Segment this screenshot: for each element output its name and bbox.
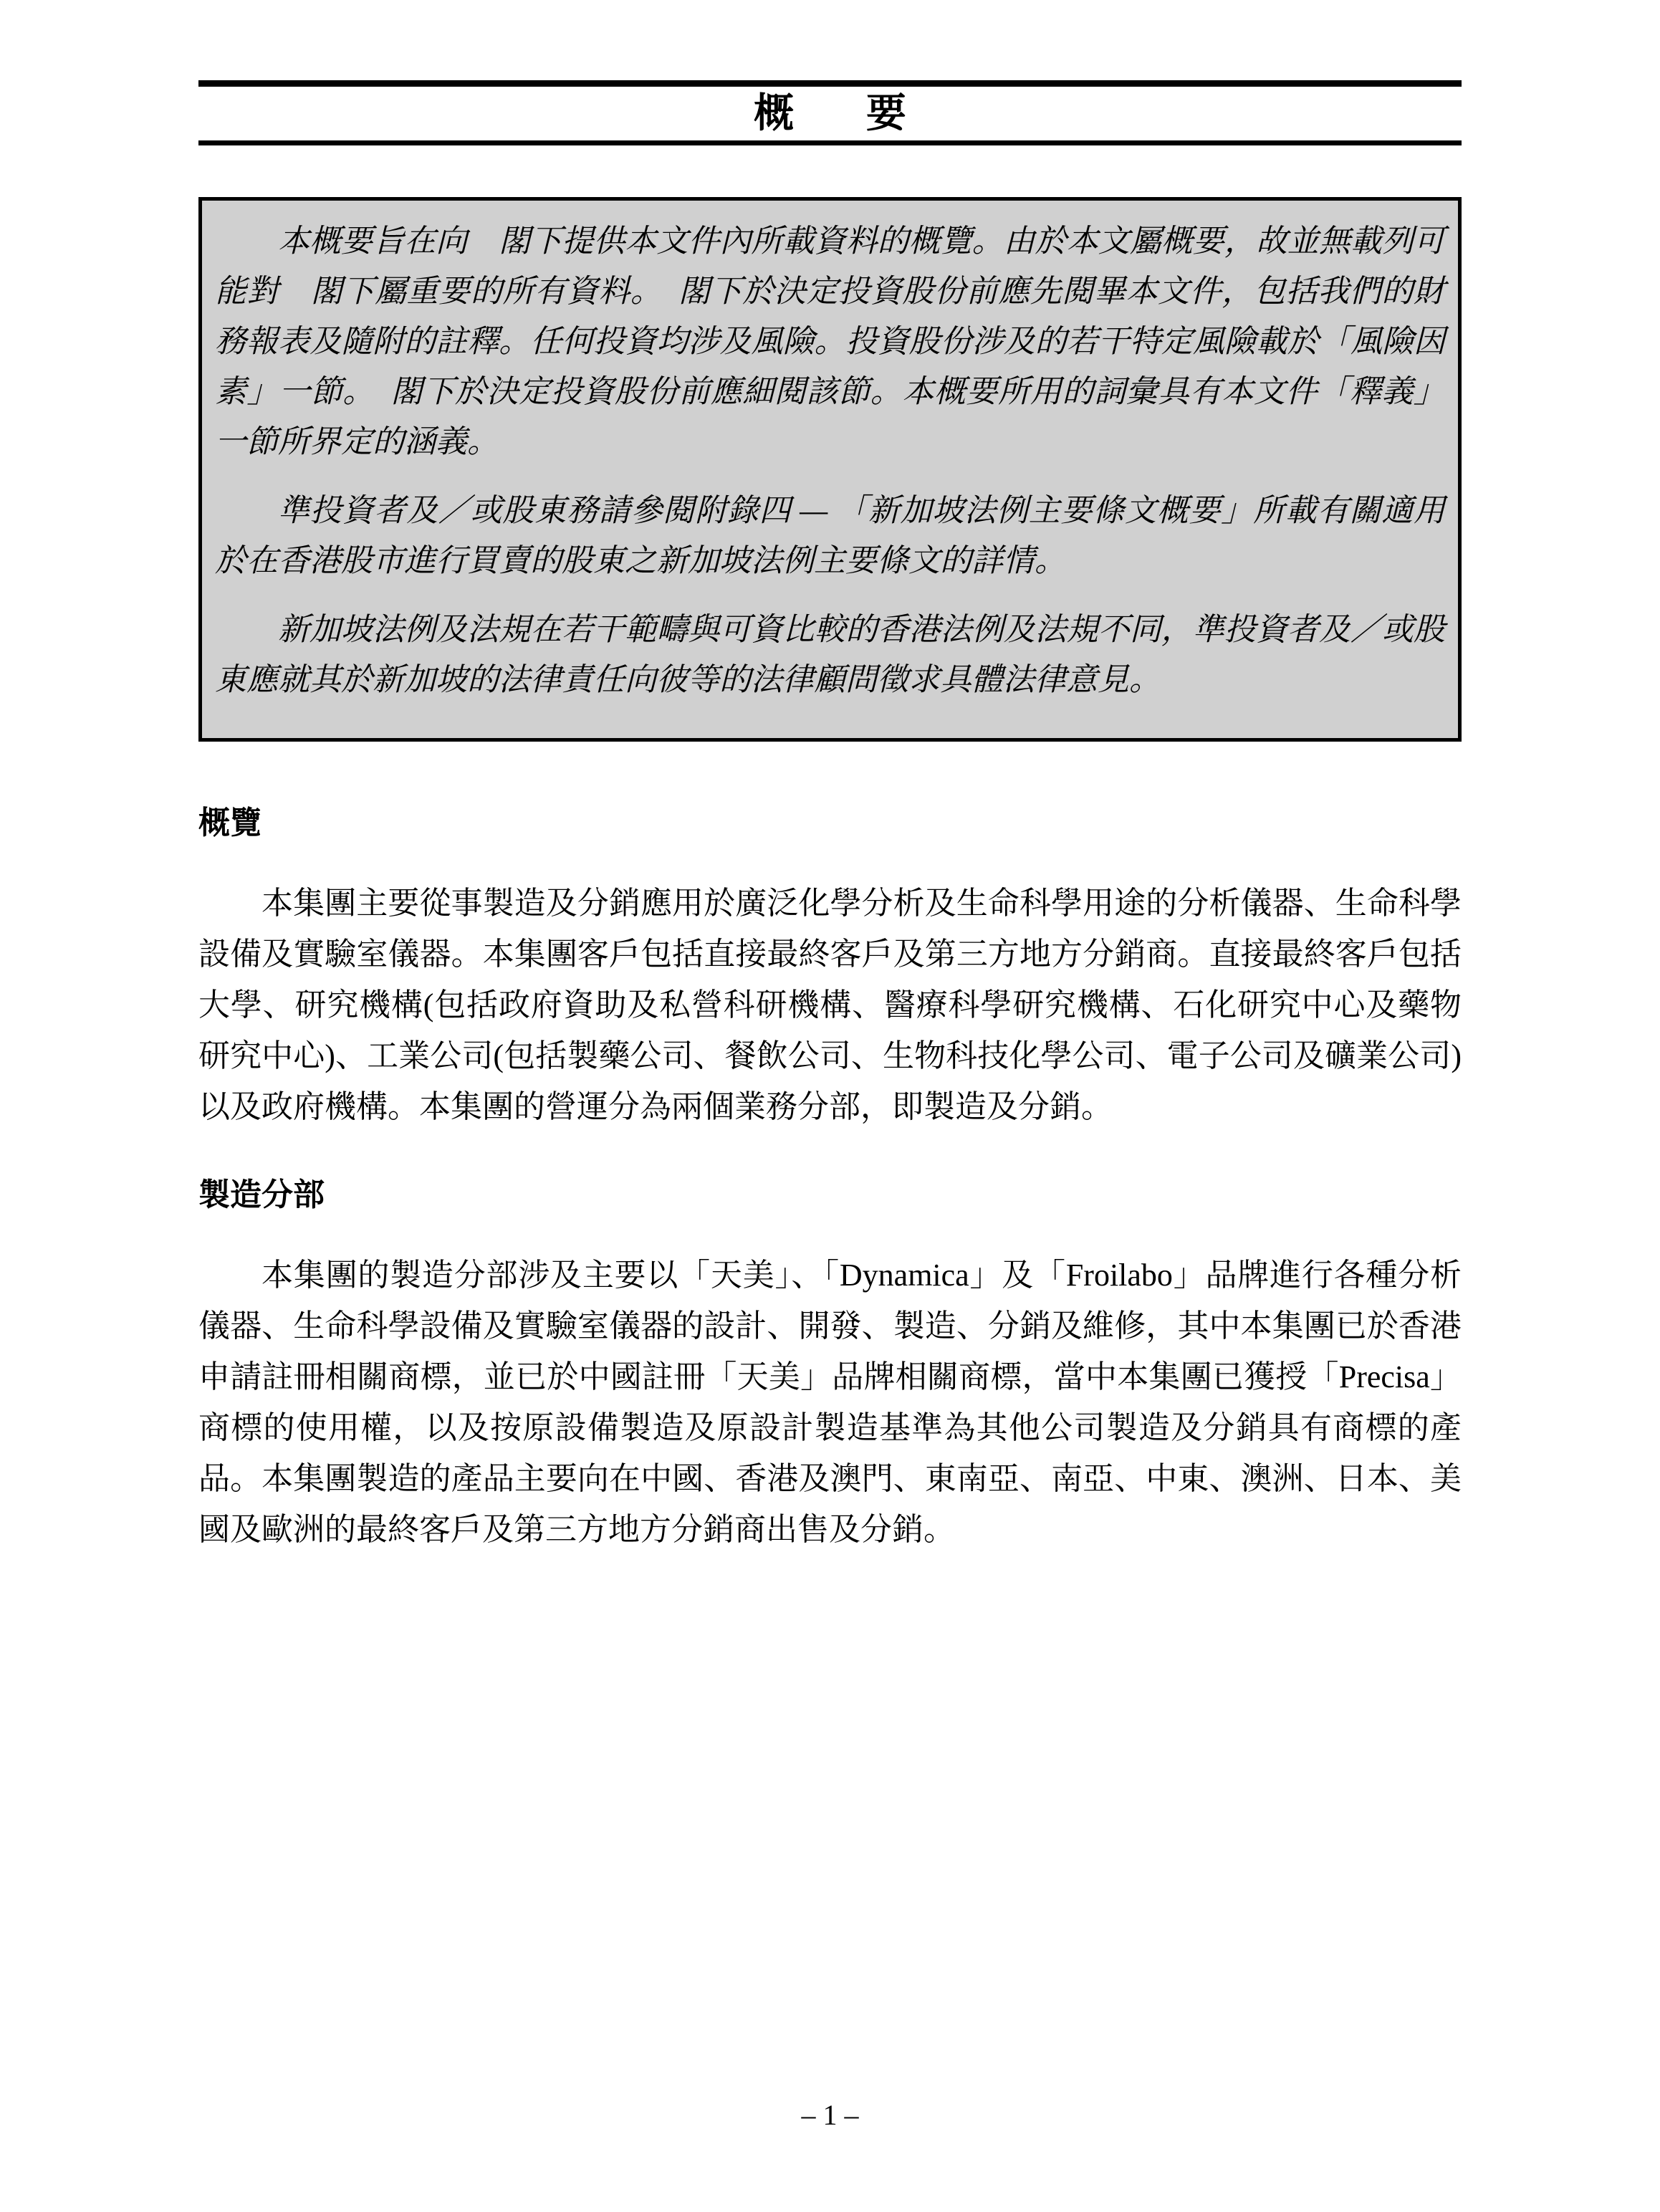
- page-title: 概 要: [198, 87, 1462, 140]
- section-overview: 概覽 本集團主要從事製造及分銷應用於廣泛化學分析及生命科學用途的分析儀器、生命科…: [198, 805, 1462, 1132]
- content-column: 概 要 本概要旨在向 閣下提供本文件內所載資料的概覽。由於本文屬概要，故並無載列…: [198, 0, 1462, 1555]
- notice-paragraph-1: 本概要旨在向 閣下提供本文件內所載資料的概覽。由於本文屬概要，故並無載列可能對 …: [215, 216, 1445, 467]
- header-rule-top: [198, 80, 1462, 87]
- section-heading-manufacturing: 製造分部: [198, 1177, 1462, 1214]
- summary-notice-box: 本概要旨在向 閣下提供本文件內所載資料的概覽。由於本文屬概要，故並無載列可能對 …: [198, 197, 1462, 742]
- overview-paragraph: 本集團主要從事製造及分銷應用於廣泛化學分析及生命科學用途的分析儀器、生命科學設備…: [198, 878, 1462, 1132]
- header-rule-bottom: [198, 140, 1462, 145]
- notice-paragraph-3: 新加坡法例及法規在若干範疇與可資比較的香港法例及法規不同，準投資者及／或股東應就…: [215, 605, 1445, 705]
- page-number: – 1 –: [0, 2100, 1660, 2131]
- section-heading-overview: 概覽: [198, 805, 1462, 842]
- manufacturing-paragraph: 本集團的製造分部涉及主要以「天美」、「Dynamica」及「Froilabo」品…: [198, 1250, 1462, 1555]
- section-manufacturing: 製造分部 本集團的製造分部涉及主要以「天美」、「Dynamica」及「Froil…: [198, 1177, 1462, 1555]
- notice-paragraph-2: 準投資者及／或股東務請參閱附錄四 — 「新加坡法例主要條文概要」所載有關適用於在…: [215, 486, 1445, 586]
- document-page: 概 要 本概要旨在向 閣下提供本文件內所載資料的概覽。由於本文屬概要，故並無載列…: [0, 0, 1660, 2212]
